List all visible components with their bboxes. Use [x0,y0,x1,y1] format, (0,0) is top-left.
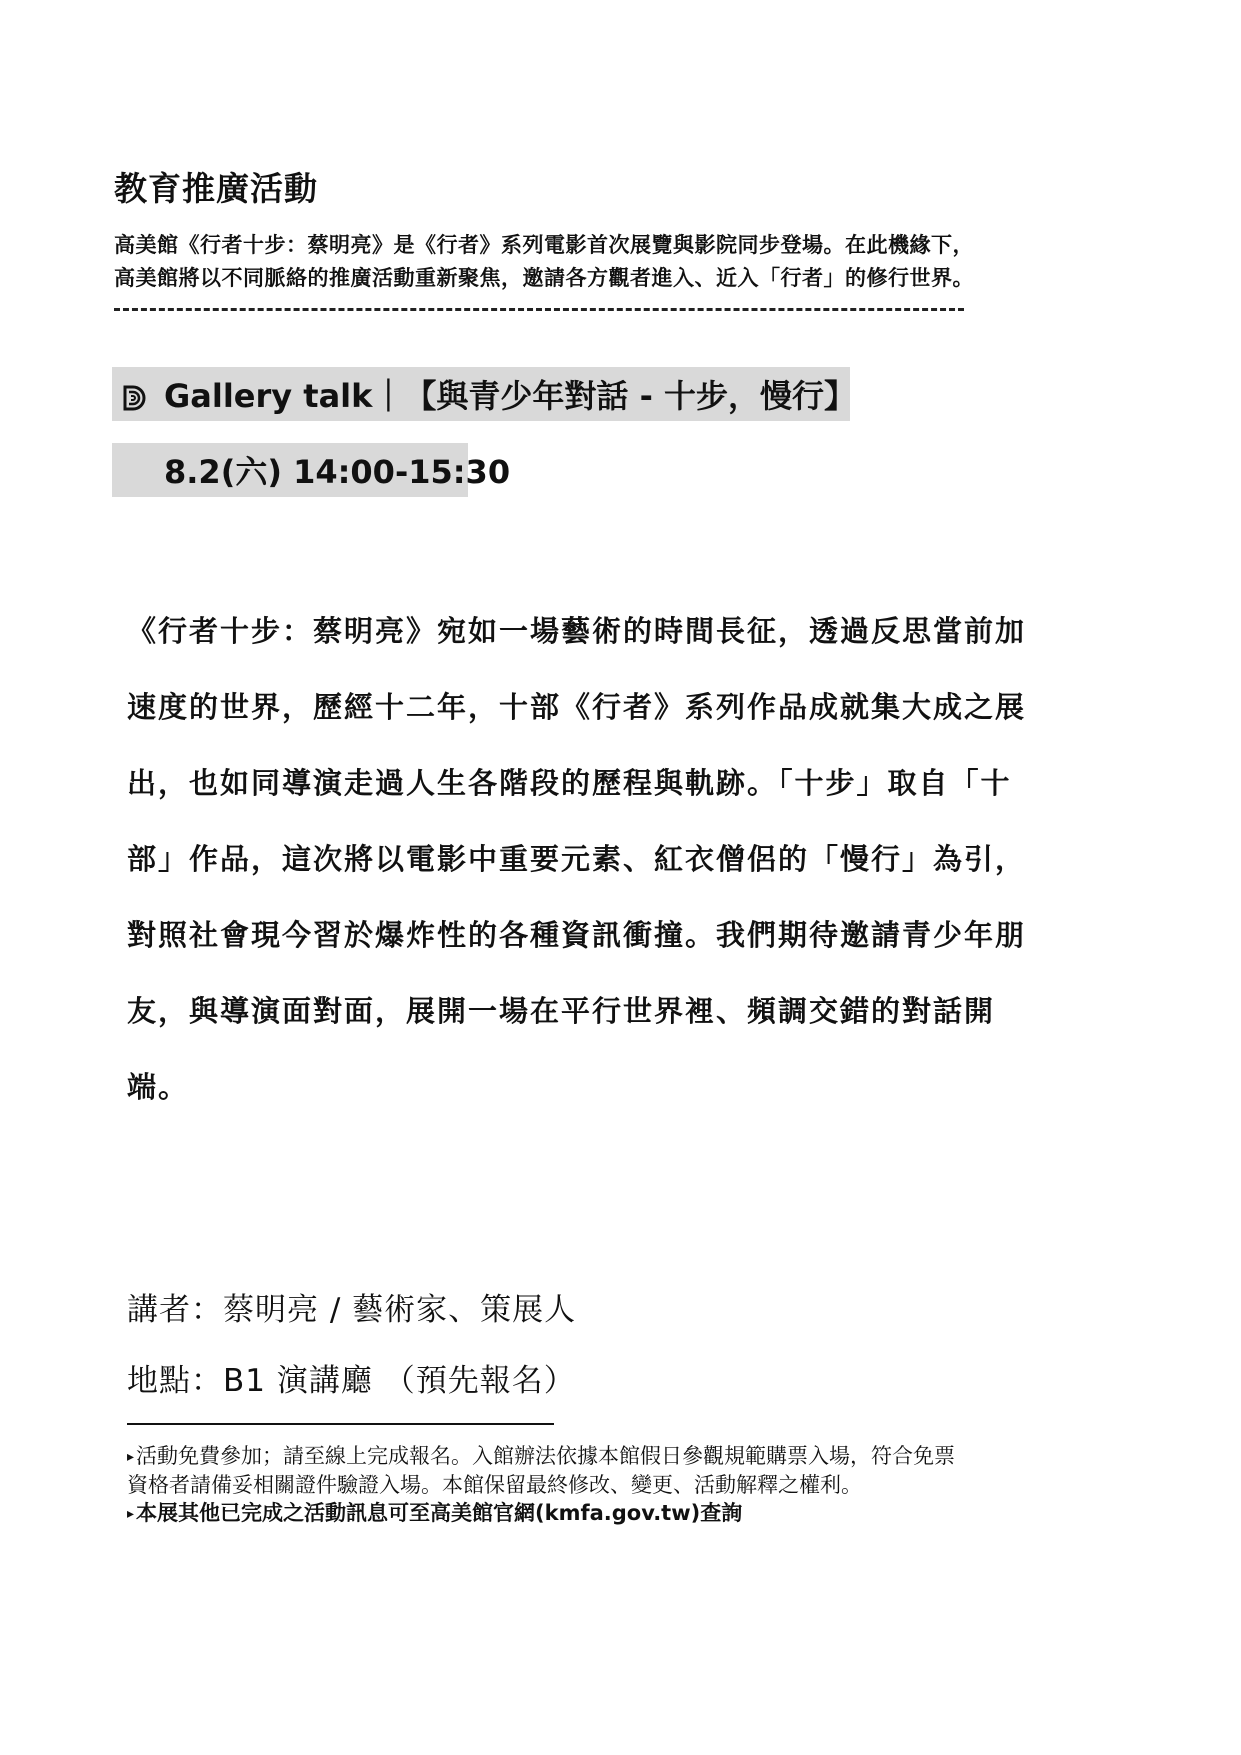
event-description: 《行者十步：蔡明亮》宛如一場藝術的時間長征，透過反思當前加 速度的世界，歷經十二… [127,593,1127,1125]
description-line: 友，與導演面對面，展開一場在平行世界裡、頻調交錯的對話開 [127,973,1127,1049]
section-title: 教育推廣活動 [114,163,318,210]
dashed-divider [114,308,964,311]
event-title: Gallery talk｜【與青少年對話 - 十步，慢行】 [164,371,856,417]
footnotes: ▸活動免費參加；請至線上完成報名。入館辦法依據本館假日參觀規範購票入場，符合免票… [127,1442,1137,1528]
triangle-bullet-icon: ▸ [127,1506,134,1522]
intro-paragraph: 高美館《行者十步：蔡明亮》是《行者》系列電影首次展覽與影院同步登場。在此機緣下，… [114,229,1124,295]
spiral-d-icon [122,381,146,407]
footnote-1-cont: 資格者請備妥相關證件驗證入場。本館保留最終修改、變更、活動解釋之權利。 [127,1471,1137,1499]
intro-line: 高美館《行者十步：蔡明亮》是《行者》系列電影首次展覽與影院同步登場。在此機緣下， [114,229,1124,262]
footnote-1: ▸活動免費參加；請至線上完成報名。入館辦法依據本館假日參觀規範購票入場，符合免票 [127,1442,1137,1471]
description-line: 對照社會現今習於爆炸性的各種資訊衝撞。我們期待邀請青少年朋 [127,897,1127,973]
footnote-2: ▸本展其他已完成之活動訊息可至高美館官網(kmfa.gov.tw)查詢 [127,1499,1137,1528]
event-title-banner: Gallery talk｜【與青少年對話 - 十步，慢行】 [112,367,850,421]
speaker-info: 講者：蔡明亮 / 藝術家、策展人 [127,1284,1027,1329]
description-line: 部」作品，這次將以電影中重要元素、紅衣僧侶的「慢行」為引， [127,821,1127,897]
triangle-bullet-icon: ▸ [127,1449,134,1465]
intro-line: 高美館將以不同脈絡的推廣活動重新聚焦，邀請各方觀者進入、近入「行者」的修行世界。 [114,262,1124,295]
description-line: 《行者十步：蔡明亮》宛如一場藝術的時間長征，透過反思當前加 [127,593,1127,669]
website-reference: 本展其他已完成之活動訊息可至高美館官網(kmfa.gov.tw)查詢 [136,1501,742,1525]
event-datetime: 8.2(六) 14:00-15:30 [164,447,510,493]
description-line: 速度的世界，歷經十二年，十部《行者》系列作品成就集大成之展 [127,669,1127,745]
venue-info: 地點：B1 演講廳 （預先報名） [127,1355,1027,1400]
event-date-banner: 8.2(六) 14:00-15:30 [112,443,468,497]
description-line: 出，也如同導演走過人生各階段的歷程與軌跡。「十步」取自「十 [127,745,1127,821]
description-line: 端。 [127,1049,1127,1125]
footnote-rule [127,1423,554,1425]
